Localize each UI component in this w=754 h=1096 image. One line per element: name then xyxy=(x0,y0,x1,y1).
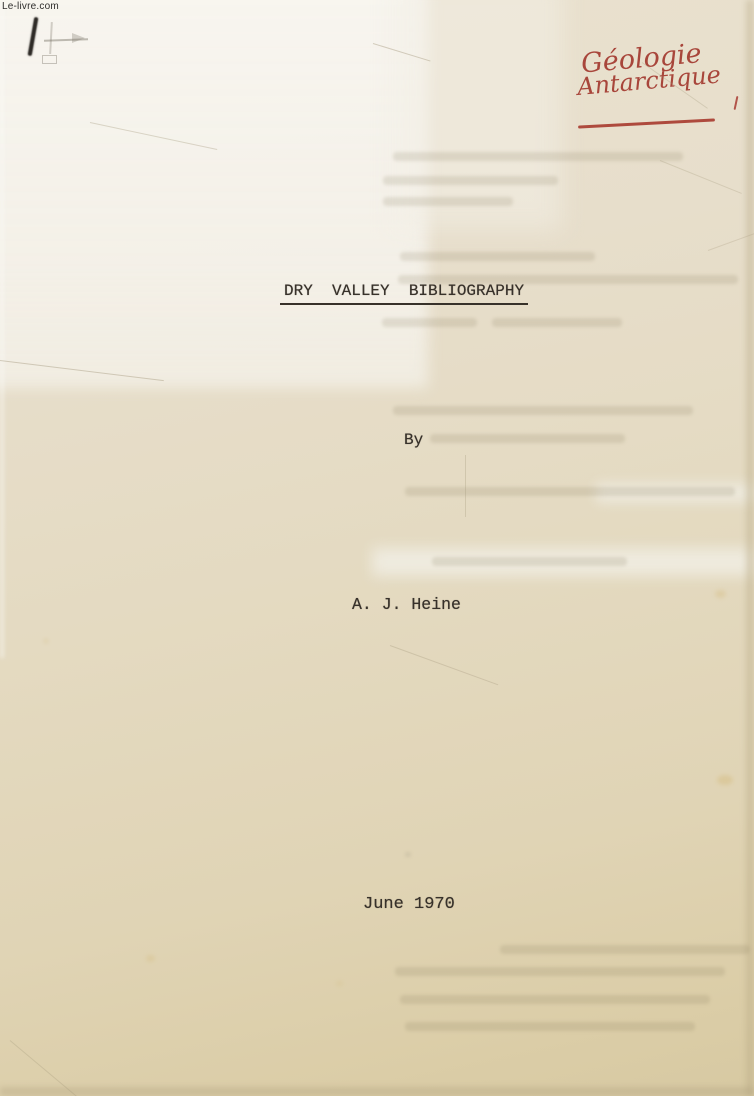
ghost-text-line xyxy=(405,487,735,496)
annotation-underline xyxy=(578,118,715,128)
ghost-text-line xyxy=(383,197,513,206)
byline: By xyxy=(404,431,423,449)
pencil-box-mark xyxy=(42,55,57,64)
fox-spot xyxy=(717,775,733,785)
crease-line xyxy=(10,1040,83,1096)
ghost-text-line xyxy=(430,434,625,443)
fox-spot xyxy=(715,590,726,598)
ghost-text-line xyxy=(400,995,710,1004)
ghost-text-line xyxy=(393,152,683,161)
fox-spot xyxy=(44,639,48,643)
handwritten-annotation: Géologie Antarctique xyxy=(560,36,754,102)
fox-spot xyxy=(336,981,343,986)
annotation-line-1: Géologie xyxy=(580,36,752,79)
ghost-text-line xyxy=(393,406,693,415)
ghost-text-line xyxy=(432,557,627,566)
scanned-document-page: Le-livre.com Géologie Antarctique DRY VA… xyxy=(0,0,754,1096)
scan-light-streak xyxy=(372,548,754,576)
page-edge-shadow xyxy=(0,1087,754,1096)
crease-line xyxy=(390,645,498,685)
ghost-text-line xyxy=(382,318,477,327)
scan-light-patch xyxy=(0,0,428,388)
crease-line xyxy=(373,43,431,61)
ghost-text-line xyxy=(492,318,622,327)
author-name: A. J. Heine xyxy=(352,595,461,614)
ghost-text-line xyxy=(395,967,725,976)
pencil-line xyxy=(49,22,52,54)
crease-line xyxy=(708,233,754,251)
fox-spot xyxy=(146,955,155,962)
crease-line xyxy=(660,160,742,194)
watermark-text: Le-livre.com xyxy=(2,1,59,12)
scan-light-streak xyxy=(596,483,754,503)
document-title: DRY VALLEY BIBLIOGRAPHY xyxy=(280,282,528,305)
crease-line xyxy=(642,62,708,109)
crease-line xyxy=(465,455,466,517)
annotation-tick-mark xyxy=(734,96,739,110)
annotation-line-2: Antarctique xyxy=(576,60,754,100)
crease-line xyxy=(90,122,217,150)
pencil-line xyxy=(44,38,88,41)
scan-light-band xyxy=(392,0,562,230)
page-edge-highlight xyxy=(0,0,4,658)
publication-date: June 1970 xyxy=(363,895,455,914)
crease-line xyxy=(0,360,164,381)
ghost-text-line xyxy=(500,945,750,954)
ink-stroke-mark xyxy=(28,17,39,56)
ghost-text-line xyxy=(383,176,558,185)
page-edge-shadow xyxy=(746,0,754,1096)
fox-spot xyxy=(406,853,410,856)
ghost-text-line xyxy=(405,1022,695,1031)
ghost-text-line xyxy=(400,252,595,261)
pencil-arrowhead xyxy=(72,33,85,43)
